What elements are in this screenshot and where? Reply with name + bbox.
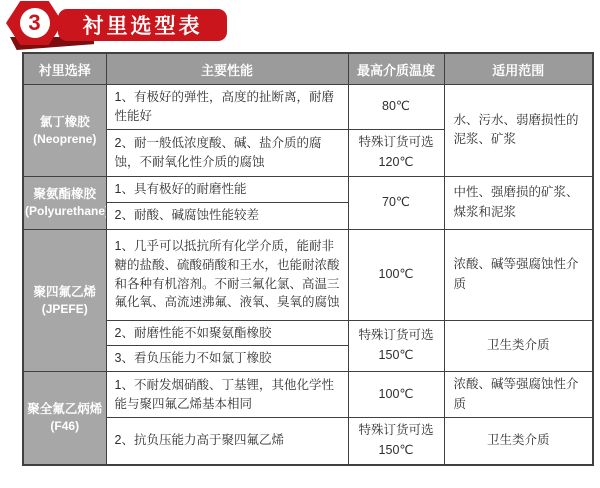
material-cell-f46: 聚全氟乙炳烯 (F46)	[23, 372, 106, 465]
material-code: (F46)	[25, 418, 105, 434]
performance-cell: 3、看负压能力不如氯丁橡胶	[106, 346, 348, 372]
performance-cell: 2、耐磨性能不如聚氨酯橡胶	[106, 320, 348, 346]
column-header-lining: 衬里选择	[23, 53, 106, 85]
temperature-cell: 特殊订货可选 120℃	[348, 129, 444, 176]
material-code: (Polyurethane)	[25, 203, 105, 219]
performance-cell: 2、抗负压能力高于聚四氟乙烯	[106, 418, 348, 465]
range-cell: 水、污水、弱磨损性的泥浆、矿浆	[444, 85, 593, 177]
title-banner: 衬里选型表	[58, 9, 227, 41]
performance-cell: 1、具有极好的耐磨性能	[106, 176, 348, 202]
table-row: 2、抗负压能力高于聚四氟乙烯 特殊订货可选 150℃ 卫生类介质	[23, 418, 593, 465]
range-cell: 卫生类介质	[444, 320, 593, 372]
temperature-cell: 70℃	[348, 176, 444, 229]
performance-cell: 2、耐一般低浓度酸、碱、盐介质的腐蚀，不耐氧化性介质的腐蚀	[106, 129, 348, 176]
temperature-cell: 80℃	[348, 85, 444, 130]
table-row: 2、耐磨性能不如聚氨酯橡胶 特殊订货可选 150℃ 卫生类介质	[23, 320, 593, 346]
table-row: 氯丁橡胶 (Neoprene) 1、有极好的弹性，高度的扯断离，耐磨性能好 80…	[23, 85, 593, 130]
temperature-cell: 100℃	[348, 229, 444, 320]
temperature-cell: 特殊订货可选 150℃	[348, 320, 444, 372]
page: 衬里选型表 3 衬里选择 主要性能 最高介质温度 适用范围 氯丁橡胶 (Neop…	[0, 0, 600, 488]
material-cell-neoprene: 氯丁橡胶 (Neoprene)	[23, 85, 106, 177]
temperature-cell: 100℃	[348, 372, 444, 418]
table-header-row: 衬里选择 主要性能 最高介质温度 适用范围	[23, 53, 593, 85]
material-name: 氯丁橡胶	[40, 115, 90, 129]
table-row: 聚氨酯橡胶 (Polyurethane) 1、具有极好的耐磨性能 70℃ 中性、…	[23, 176, 593, 202]
performance-cell: 1、几乎可以抵抗所有化学介质，能耐非糖的盐酸、硫酸硝酸和王水，也能耐浓酸和各种有…	[106, 229, 348, 320]
performance-cell: 2、耐酸、碱腐蚀性能较差	[106, 202, 348, 229]
column-header-application: 适用范围	[444, 53, 593, 85]
column-header-max-temp: 最高介质温度	[348, 53, 444, 85]
badge-circle: 3	[20, 8, 50, 38]
material-name: 聚全氟乙炳烯	[27, 402, 102, 416]
material-name: 聚四氟乙烯	[33, 285, 96, 299]
range-cell: 浓酸、碱等强腐蚀性介质	[444, 372, 593, 418]
section-number: 3	[28, 12, 40, 34]
material-code: (JPEFE)	[25, 301, 105, 317]
lining-selection-table: 衬里选择 主要性能 最高介质温度 适用范围 氯丁橡胶 (Neoprene) 1、…	[22, 52, 594, 466]
range-cell: 中性、强磨损的矿浆、煤浆和泥浆	[444, 176, 593, 229]
material-name: 聚氨酯橡胶	[33, 187, 96, 201]
temperature-cell: 特殊订货可选 150℃	[348, 418, 444, 465]
range-cell: 卫生类介质	[444, 418, 593, 465]
table-row: 聚四氟乙烯 (JPEFE) 1、几乎可以抵抗所有化学介质，能耐非糖的盐酸、硫酸硝…	[23, 229, 593, 320]
material-cell-polyurethane: 聚氨酯橡胶 (Polyurethane)	[23, 176, 106, 229]
column-header-performance: 主要性能	[106, 53, 348, 85]
performance-cell: 1、不耐发烟硝酸、丁基锂，其他化学性能与聚四氟乙烯基本相同	[106, 372, 348, 418]
table-row: 聚全氟乙炳烯 (F46) 1、不耐发烟硝酸、丁基锂，其他化学性能与聚四氟乙烯基本…	[23, 372, 593, 418]
page-title: 衬里选型表	[83, 10, 203, 40]
range-cell: 浓酸、碱等强腐蚀性介质	[444, 229, 593, 320]
material-code: (Neoprene)	[25, 131, 105, 147]
material-cell-ptfe: 聚四氟乙烯 (JPEFE)	[23, 229, 106, 372]
performance-cell: 1、有极好的弹性，高度的扯断离，耐磨性能好	[106, 85, 348, 130]
